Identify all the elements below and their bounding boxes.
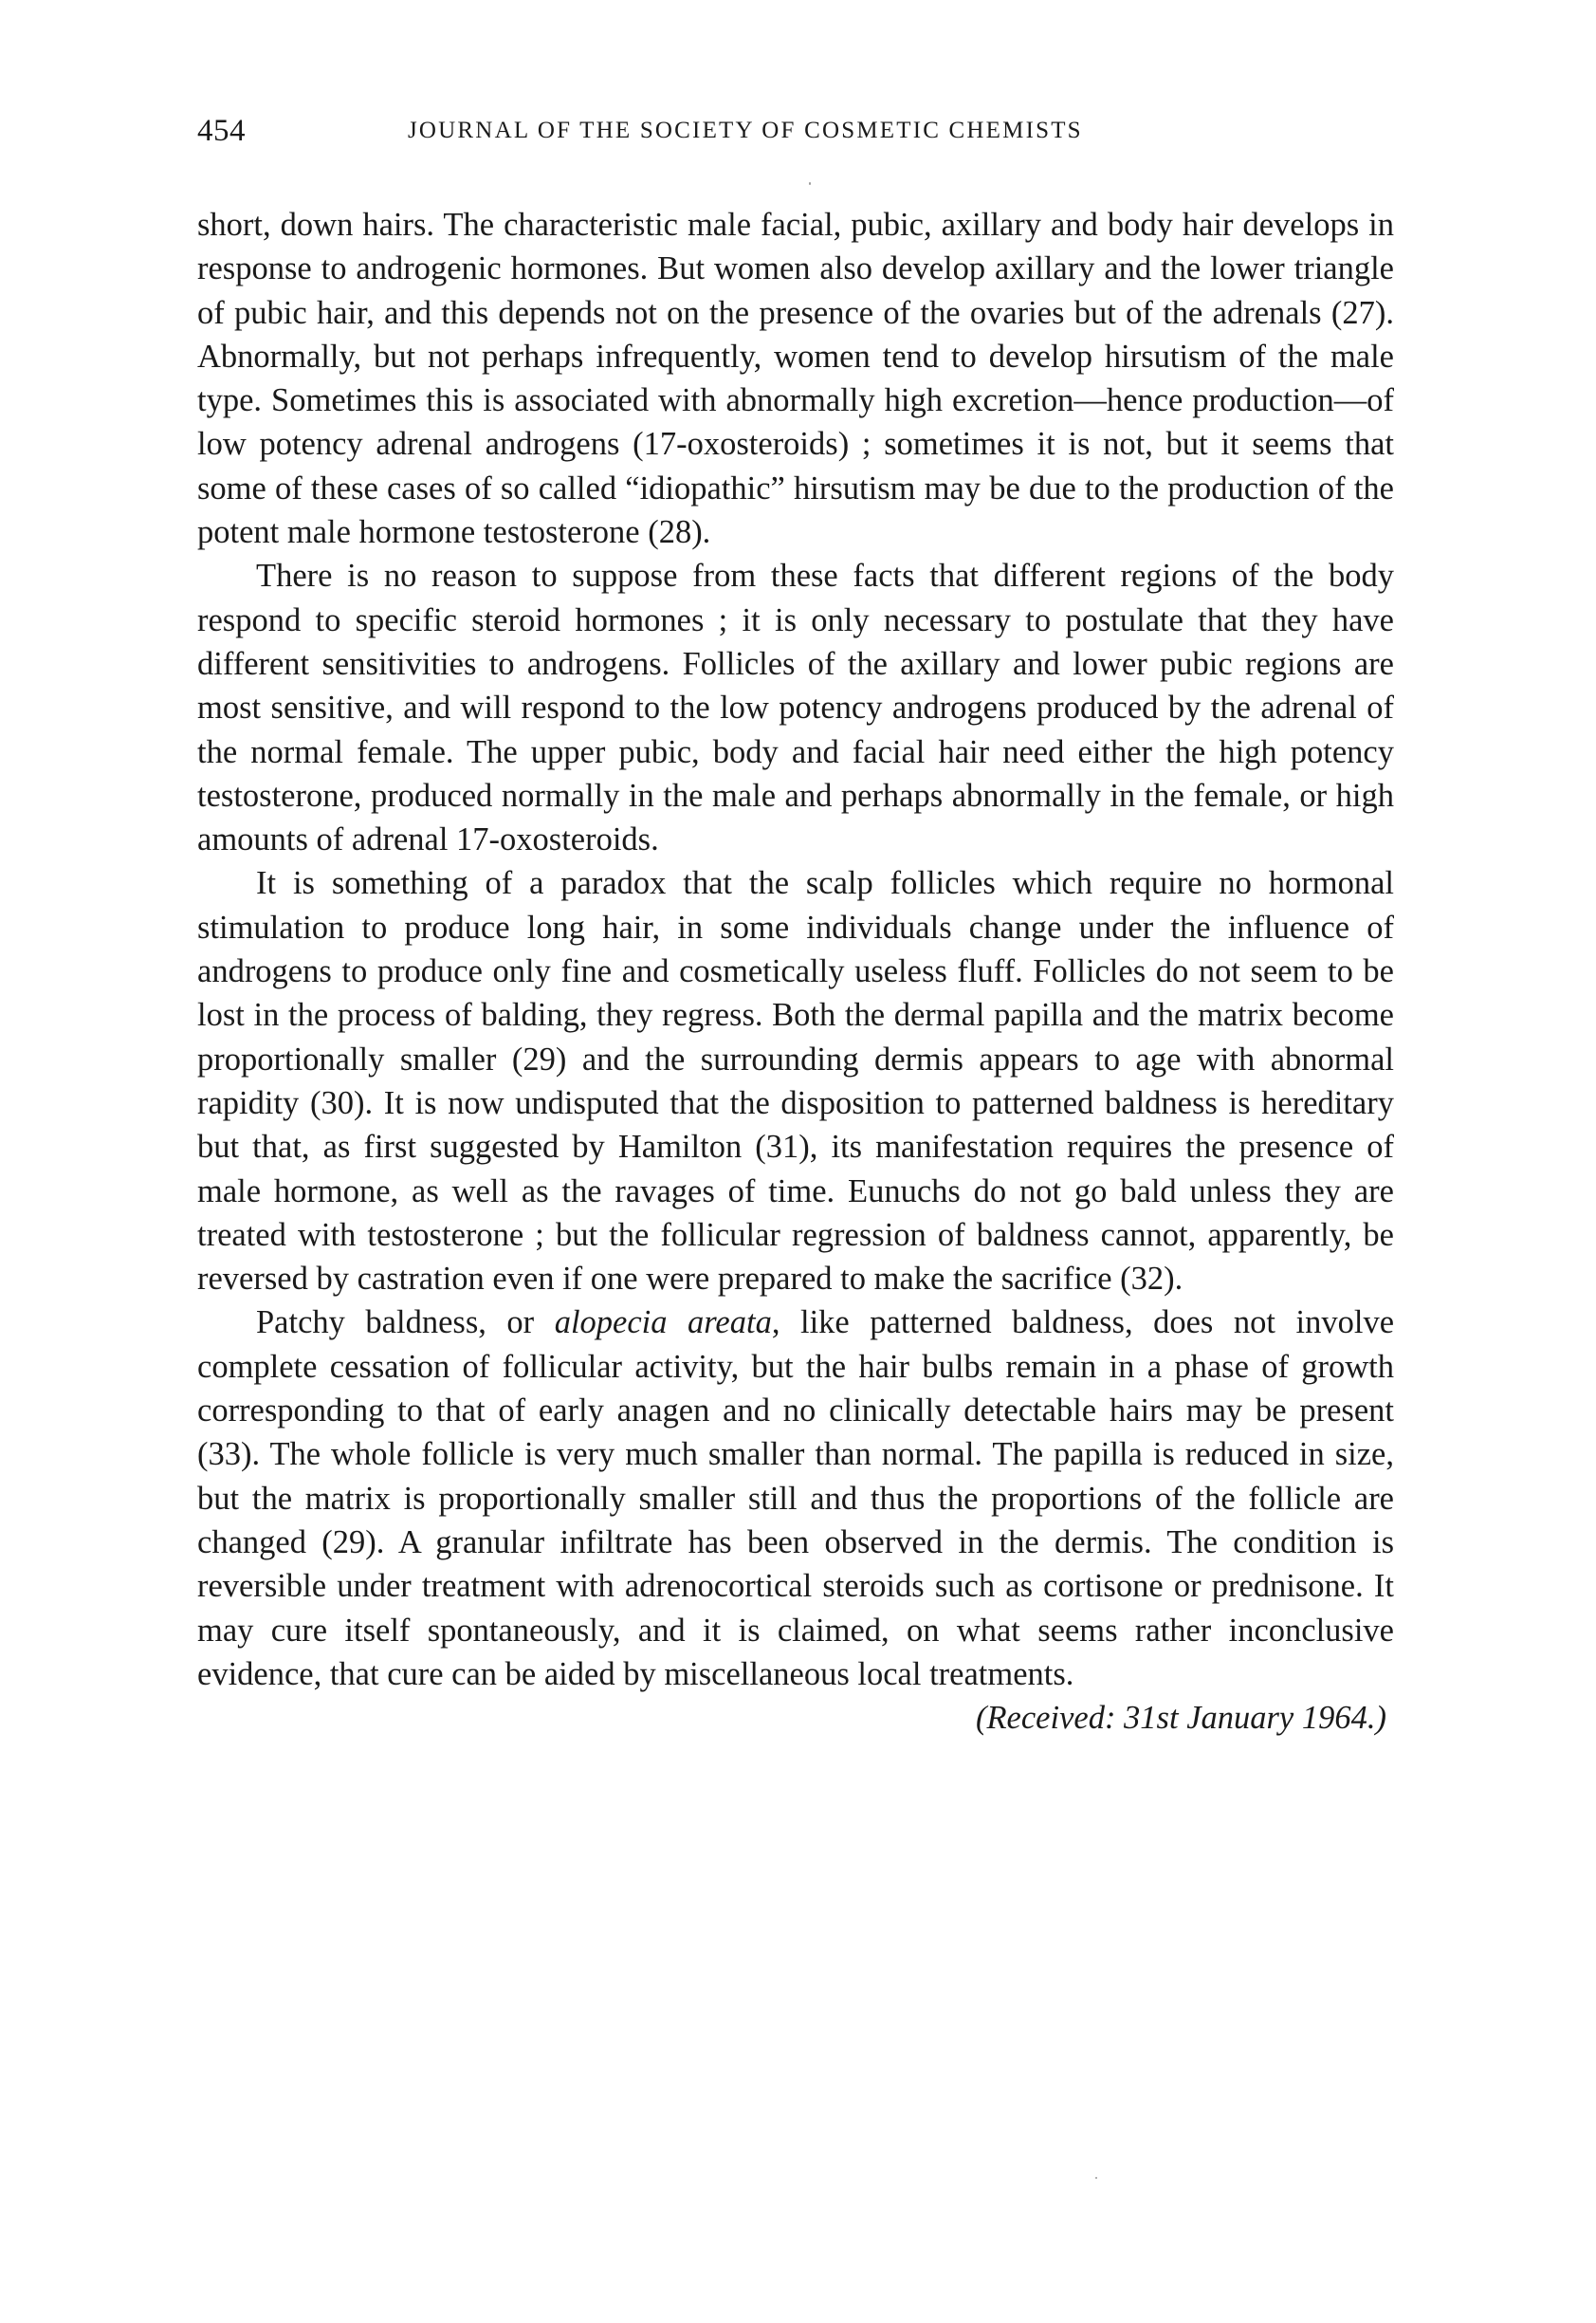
paragraph-balding: It is something of a paradox that the sc… [197, 861, 1394, 1300]
scan-speck [1095, 2177, 1097, 2179]
paragraph-text: , like patterned baldness, does not invo… [197, 1304, 1394, 1691]
page-number: 454 [197, 114, 246, 149]
paragraph-text: Patchy baldness, or [256, 1304, 555, 1340]
italic-term: alopecia areata [555, 1304, 772, 1340]
received-date: (Received: 31st January 1964.) [197, 1696, 1394, 1740]
article-body: short, down hairs. The characteristic ma… [197, 203, 1394, 1740]
page-header: 454 JOURNAL OF THE SOCIETY OF COSMETIC C… [197, 114, 1394, 161]
scan-speck [809, 182, 811, 185]
running-title: JOURNAL OF THE SOCIETY OF COSMETIC CHEMI… [408, 118, 1083, 144]
paragraph-hirsutism: short, down hairs. The characteristic ma… [197, 203, 1394, 554]
paragraph-alopecia: Patchy baldness, or alopecia areata, lik… [197, 1300, 1394, 1696]
paragraph-sensitivity: There is no reason to suppose from these… [197, 554, 1394, 861]
